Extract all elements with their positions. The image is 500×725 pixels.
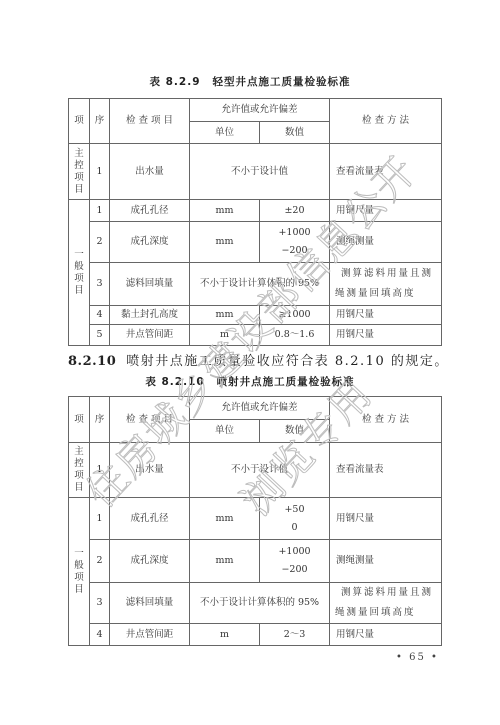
row-unit: m <box>190 325 260 346</box>
row-merged-value: 不小于设计值 <box>190 443 330 498</box>
table-row: 5 井点管间距 m 0.8～1.6 用钢尺量 <box>69 325 442 346</box>
row-seq: 4 <box>90 624 110 646</box>
row-method: 用钢尺量 <box>330 200 442 222</box>
row-item: 成孔深度 <box>110 540 190 583</box>
row-unit: mm <box>190 498 260 540</box>
row-value: +50 0 <box>260 498 330 540</box>
row-merged-value: 不小于设计计算体积的 95% <box>190 263 330 306</box>
clause-text: 喷射井点施工质量验收应符合表 8.2.10 的规定。 <box>126 354 449 369</box>
value-upper: +1000 <box>260 543 329 561</box>
row-unit: mm <box>190 540 260 583</box>
header-allowance-group: 允许值或允许偏差 <box>190 99 330 122</box>
row-seq: 3 <box>90 583 110 624</box>
row-unit: m <box>190 624 260 646</box>
table-row: 3 滤料回填量 不小于设计计算体积的 95% 测算滤料用量且测 绳测量回填高度 <box>69 583 442 624</box>
row-method: 测绳测量 <box>330 540 442 583</box>
table-row: 主控项目 1 出水量 不小于设计值 查看流量表 <box>69 443 442 498</box>
row-item: 成孔深度 <box>110 222 190 263</box>
clause-paragraph: 8.2.10喷射井点施工质量验收应符合表 8.2.10 的规定。 <box>68 350 449 369</box>
row-unit: mm <box>190 222 260 263</box>
table1: 项 序 检 查 项 目 允许值或允许偏差 检 查 方 法 单位 数值 主控项目 … <box>68 98 442 346</box>
row-value: ±20 <box>260 200 330 222</box>
row-item: 出水量 <box>110 443 190 498</box>
row-method: 用钢尺量 <box>330 325 442 346</box>
table-row: 2 成孔深度 mm +1000 −200 测绳测量 <box>69 222 442 263</box>
table2-caption-title: 喷射井点施工质量检验标准 <box>217 376 355 388</box>
table1-caption-number: 表 8.2.9 <box>149 76 200 88</box>
table2-caption-number: 表 8.2.10 <box>145 376 204 388</box>
value-upper: +50 <box>260 501 329 519</box>
table-row: 4 井点管间距 m 2～3 用钢尺量 <box>69 624 442 646</box>
row-method: 测绳测量 <box>330 222 442 263</box>
row-seq: 3 <box>90 263 110 306</box>
row-method: 用钢尺量 <box>330 498 442 540</box>
header-seq: 序 <box>90 397 110 443</box>
group-main-label: 主控项目 <box>69 443 90 498</box>
table2-caption: 表 8.2.10喷射井点施工质量检验标准 <box>0 374 500 389</box>
method-line-2: 绳测量回填高度 <box>335 603 441 623</box>
method-line-1: 测算滤料用量且测 <box>335 264 441 284</box>
header-method: 检 查 方 法 <box>330 99 442 144</box>
row-value: +1000 −200 <box>260 222 330 263</box>
table-row: 4 黏土封孔高度 mm ≥1000 用钢尺量 <box>69 306 442 325</box>
row-value: 0.8～1.6 <box>260 325 330 346</box>
row-item: 井点管间距 <box>110 325 190 346</box>
page-number: • 65 • <box>396 652 439 663</box>
group-main-label: 主控项目 <box>69 144 90 200</box>
header-unit: 单位 <box>190 122 260 144</box>
clause-number: 8.2.10 <box>68 354 116 369</box>
row-seq: 1 <box>90 144 110 200</box>
row-item: 滤料回填量 <box>110 583 190 624</box>
value-upper: +1000 <box>260 224 329 242</box>
row-value: +1000 −200 <box>260 540 330 583</box>
row-seq: 1 <box>90 498 110 540</box>
header-seq: 序 <box>90 99 110 144</box>
row-seq: 2 <box>90 540 110 583</box>
row-method: 用钢尺量 <box>330 624 442 646</box>
value-lower: −200 <box>260 561 329 579</box>
header-item: 检 查 项 目 <box>110 397 190 443</box>
table2: 项 序 检 查 项 目 允许值或允许偏差 检 查 方 法 单位 数值 主控项目 … <box>68 396 442 646</box>
table-row: 2 成孔深度 mm +1000 −200 测绳测量 <box>69 540 442 583</box>
row-seq: 2 <box>90 222 110 263</box>
row-value: ≥1000 <box>260 306 330 325</box>
table-row: 3 滤料回填量 不小于设计计算体积的 95% 测算滤料用量且测 绳测量回填高度 <box>69 263 442 306</box>
row-seq: 1 <box>90 200 110 222</box>
row-seq: 1 <box>90 443 110 498</box>
value-lower: −200 <box>260 242 329 260</box>
row-item: 井点管间距 <box>110 624 190 646</box>
row-item: 黏土封孔高度 <box>110 306 190 325</box>
header-value: 数值 <box>260 122 330 144</box>
group-general-label: 一般项目 <box>69 498 90 646</box>
row-item: 出水量 <box>110 144 190 200</box>
table-row: 一般项目 1 成孔孔径 mm ±20 用钢尺量 <box>69 200 442 222</box>
row-method: 测算滤料用量且测 绳测量回填高度 <box>330 263 442 306</box>
row-method: 查看流量表 <box>330 443 442 498</box>
header-unit: 单位 <box>190 420 260 443</box>
row-method: 测算滤料用量且测 绳测量回填高度 <box>330 583 442 624</box>
header-value: 数值 <box>260 420 330 443</box>
method-line-1: 测算滤料用量且测 <box>335 583 441 603</box>
row-item: 成孔孔径 <box>110 200 190 222</box>
table-row: 一般项目 1 成孔孔径 mm +50 0 用钢尺量 <box>69 498 442 540</box>
method-line-2: 绳测量回填高度 <box>335 284 441 304</box>
row-item: 成孔孔径 <box>110 498 190 540</box>
table1-caption-title: 轻型井点施工质量检验标准 <box>213 76 351 88</box>
row-item: 滤料回填量 <box>110 263 190 306</box>
header-item: 检 查 项 目 <box>110 99 190 144</box>
header-allowance-group: 允许值或允许偏差 <box>190 397 330 420</box>
row-method: 查看流量表 <box>330 144 442 200</box>
table1-caption: 表 8.2.9轻型井点施工质量检验标准 <box>0 74 500 89</box>
row-unit: mm <box>190 200 260 222</box>
row-seq: 5 <box>90 325 110 346</box>
row-value: 2～3 <box>260 624 330 646</box>
row-method: 用钢尺量 <box>330 306 442 325</box>
row-merged-value: 不小于设计计算体积的 95% <box>190 583 330 624</box>
header-category: 项 <box>69 99 90 144</box>
row-seq: 4 <box>90 306 110 325</box>
group-general-label: 一般项目 <box>69 200 90 346</box>
header-category: 项 <box>69 397 90 443</box>
header-method: 检 查 方 法 <box>330 397 442 443</box>
row-unit: mm <box>190 306 260 325</box>
value-lower: 0 <box>260 519 329 537</box>
table-row: 主控项目 1 出水量 不小于设计值 查看流量表 <box>69 144 442 200</box>
row-merged-value: 不小于设计值 <box>190 144 330 200</box>
